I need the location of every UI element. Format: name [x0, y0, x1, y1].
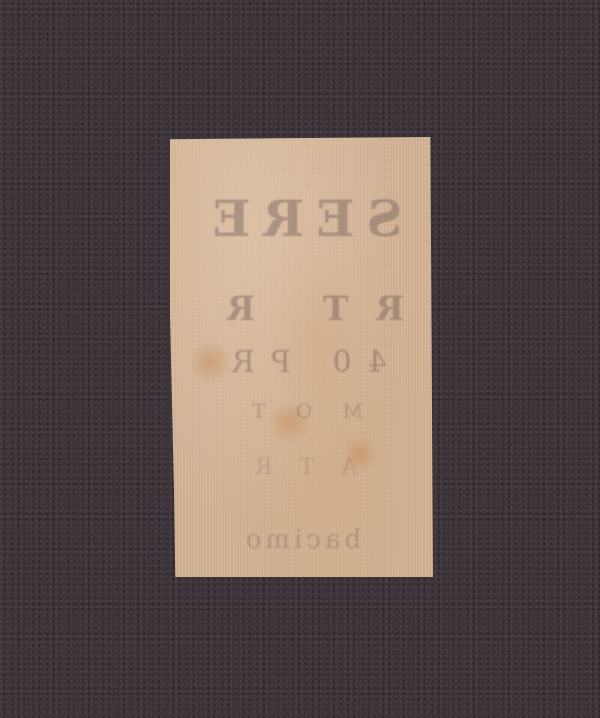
show-through-line-1: SERE: [170, 189, 433, 248]
show-through-line-5: A T R: [170, 455, 433, 480]
show-through-line-6: bacimo: [170, 525, 433, 555]
show-through-line-2: RT R: [170, 289, 433, 329]
show-through-line-3: 40 PR: [170, 345, 433, 380]
stamp-back: SERE RT R 40 PR M O T A T R bacimo: [170, 137, 433, 577]
show-through-line-4: M O T: [170, 399, 433, 423]
